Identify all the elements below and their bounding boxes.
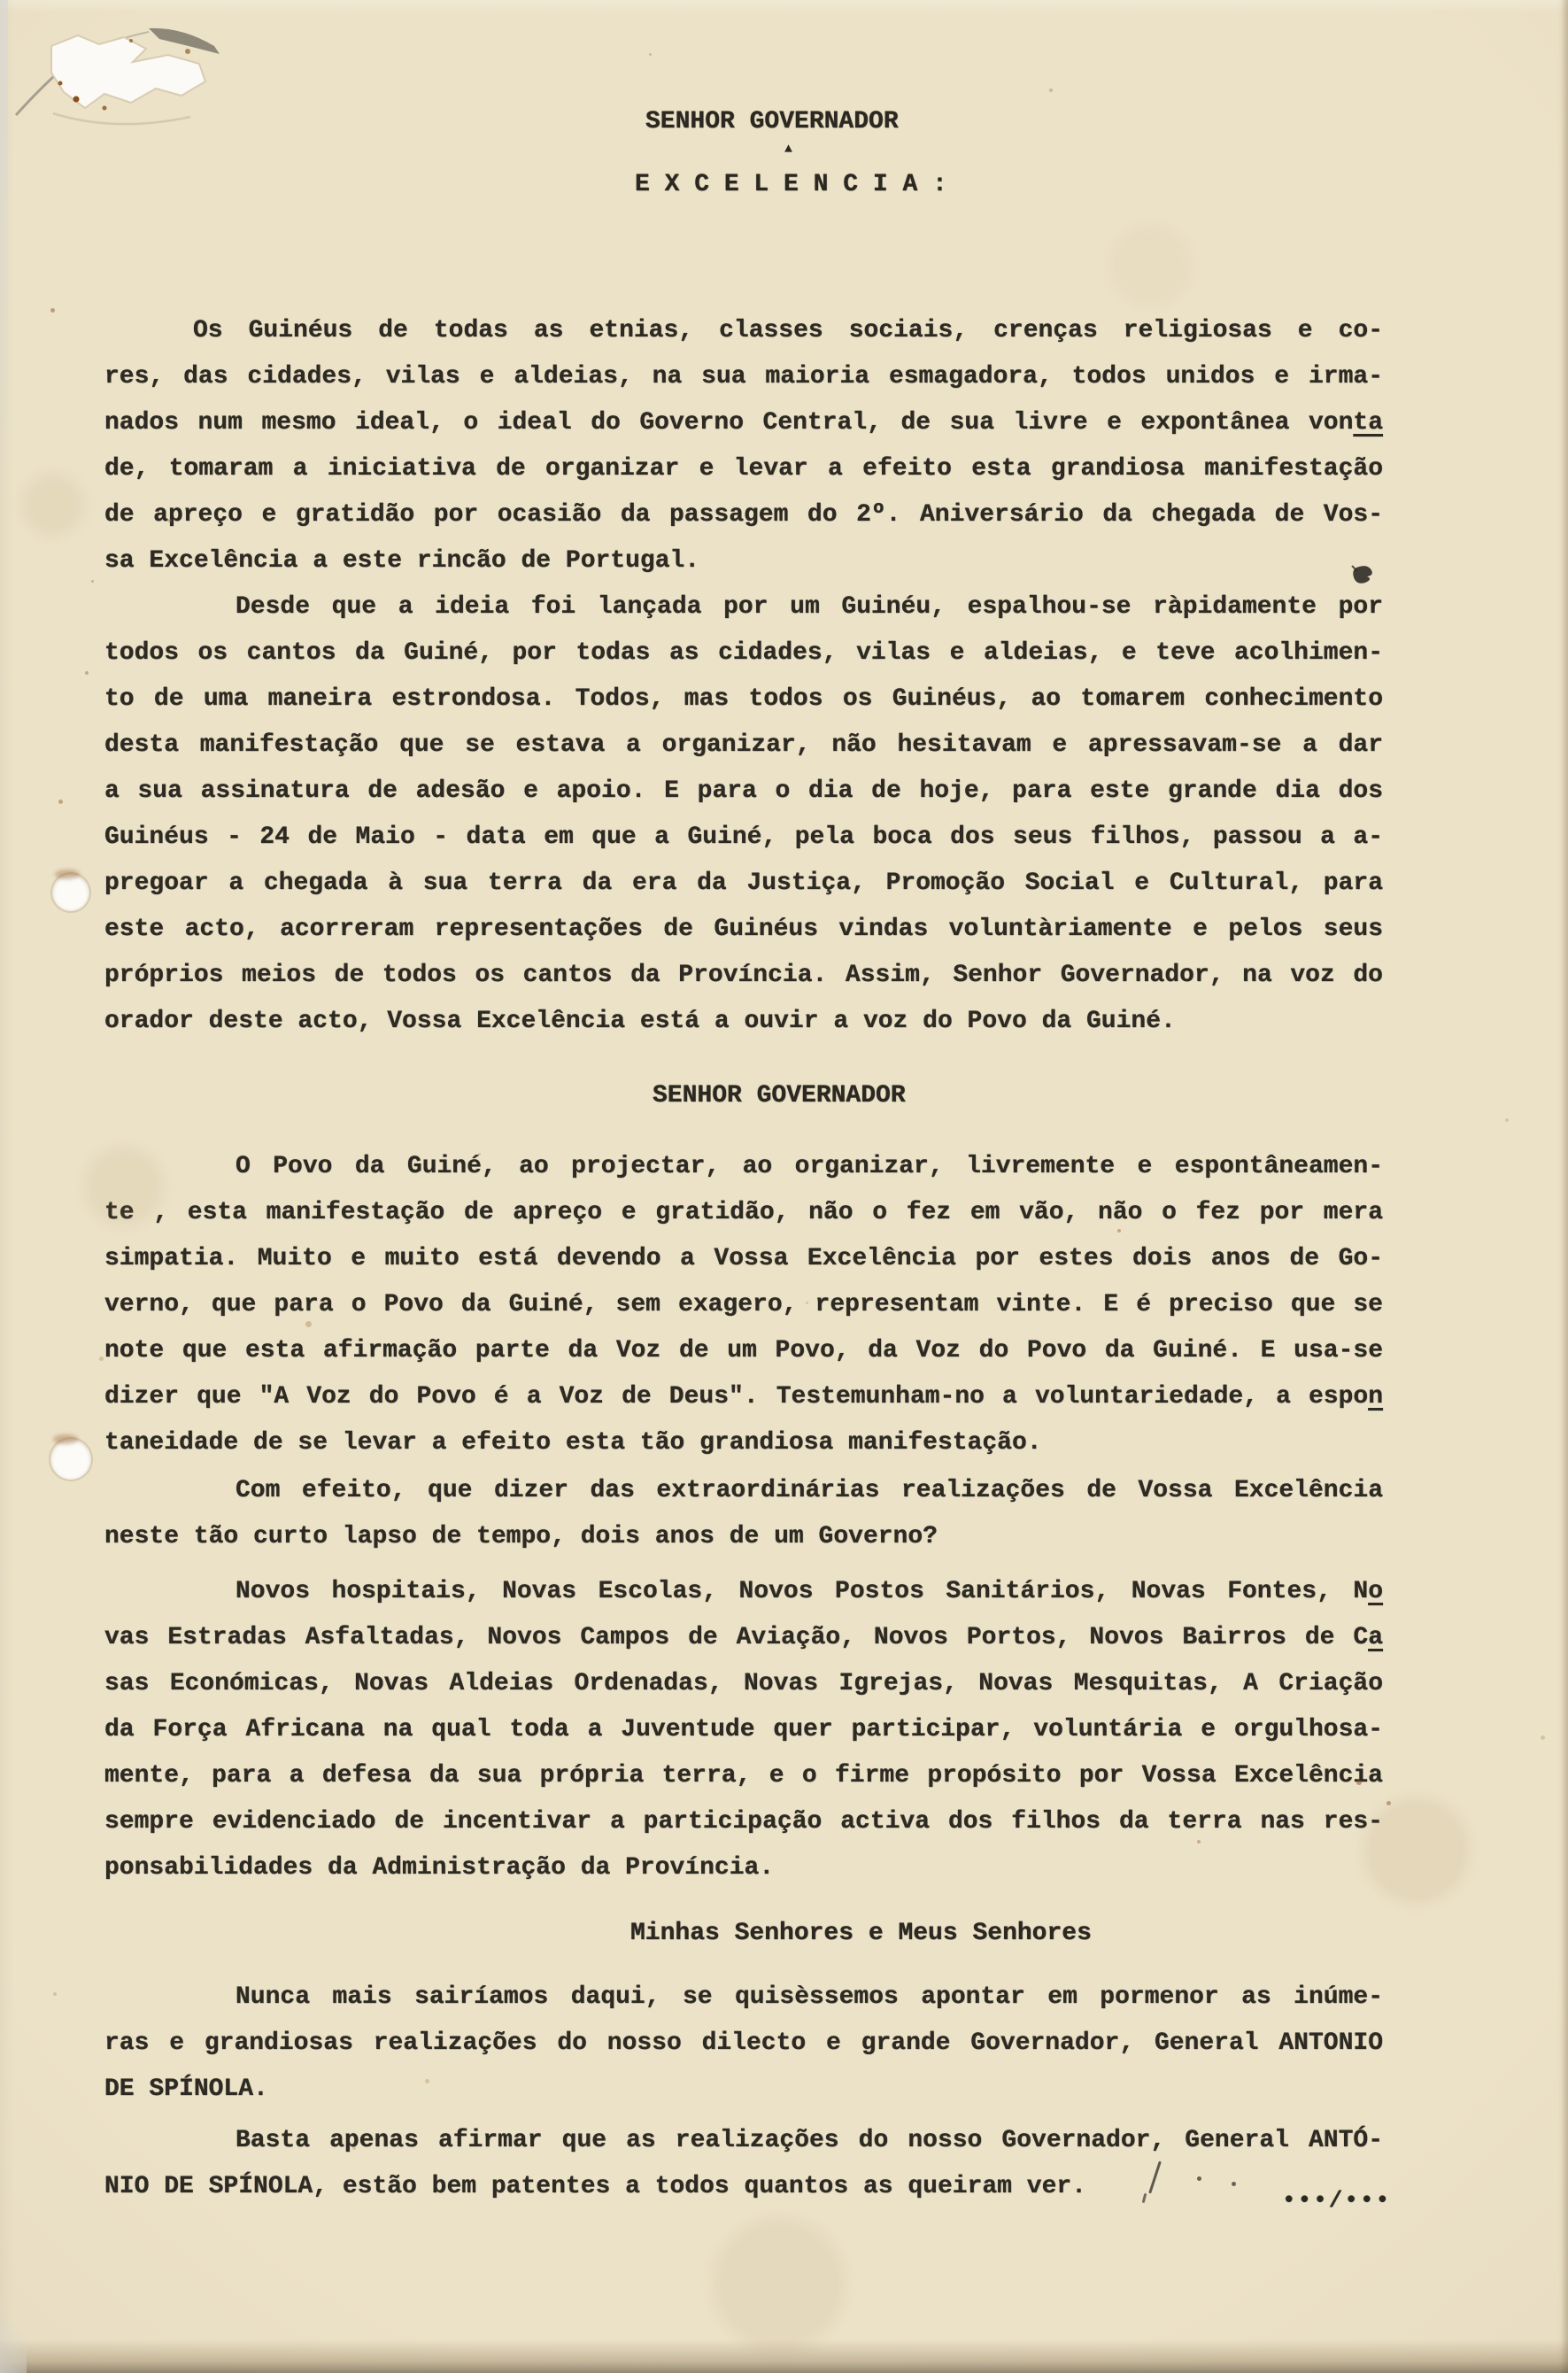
text-line: mente, para a defesa da sua própria terr… bbox=[104, 1753, 1383, 1799]
document-page: SENHOR GOVERNADOR ▲ E X C E L E N C I A … bbox=[0, 0, 1568, 2373]
stain-speck bbox=[649, 53, 652, 56]
text-line: Basta apenas afirmar que as realizações … bbox=[104, 2118, 1383, 2164]
text-line: NIO DE SPÍNOLA, estão bem patentes a tod… bbox=[104, 2164, 1383, 2210]
text-line: da Força Africana na qual toda a Juventu… bbox=[104, 1707, 1383, 1753]
stain-blotch bbox=[1363, 1797, 1470, 1904]
text-line: este acto, acorreram representações de G… bbox=[104, 907, 1383, 953]
text-line: de apreço e gratidão por ocasião da pass… bbox=[104, 492, 1383, 538]
paper-corner-bottom-left bbox=[0, 2302, 27, 2373]
stain-blotch bbox=[84, 1147, 164, 1226]
stain-speck bbox=[58, 800, 63, 804]
text-line: pregoar a chegada à sua terra da era da … bbox=[104, 861, 1383, 907]
text-line: ponsabilidades da Administração da Proví… bbox=[104, 1845, 1383, 1891]
handwritten-dot-mark bbox=[1197, 2176, 1201, 2181]
text-line: ras e grandiosas realizações do nosso di… bbox=[104, 2021, 1383, 2067]
paragraph: Os Guinéus de todas as etnias, classes s… bbox=[104, 308, 1383, 584]
text-line: DE SPÍNOLA. bbox=[104, 2067, 1383, 2113]
text-line: sempre evidenciado de incentivar a parti… bbox=[104, 1799, 1383, 1845]
paragraph: Novos hospitais, Novas Escolas, Novos Po… bbox=[104, 1569, 1383, 1891]
text-line: a sua assinatura de adesão e apoio. E pa… bbox=[104, 769, 1383, 815]
text-line: orador deste acto, Vossa Excelência está… bbox=[104, 999, 1383, 1045]
text-line: taneidade de se levar a efeito esta tão … bbox=[104, 1420, 1383, 1466]
text-line: res, das cidades, vilas e aldeias, na su… bbox=[104, 354, 1383, 400]
section-heading: SENHOR GOVERNADOR bbox=[653, 1073, 906, 1119]
text-line: Os Guinéus de todas as etnias, classes s… bbox=[104, 308, 1383, 354]
section-heading: Minhas Senhores e Meus Senhores bbox=[630, 1911, 1092, 1957]
stain-speck bbox=[806, 1302, 808, 1304]
text-line: simpatia. Muito e muito está devendo a V… bbox=[104, 1236, 1383, 1282]
stain-blotch bbox=[1111, 226, 1191, 305]
text-line: Com efeito, que dizer das extraordinária… bbox=[104, 1468, 1383, 1514]
paragraph: O Povo da Guiné, ao projectar, ao organi… bbox=[104, 1144, 1383, 1466]
text-line: de, tomaram a iniciativa de organizar e … bbox=[104, 446, 1383, 492]
stain-speck bbox=[1117, 1229, 1121, 1233]
text-line: verno, que para o Povo da Guiné, sem exa… bbox=[104, 1282, 1383, 1328]
stain-speck bbox=[99, 1357, 104, 1361]
text-line: neste tão curto lapso de tempo, dois ano… bbox=[104, 1514, 1383, 1560]
salutation-line: E X C E L E N C I A : bbox=[635, 162, 947, 208]
stain-speck bbox=[1541, 1735, 1545, 1740]
paragraph: Basta apenas afirmar que as realizações … bbox=[104, 2118, 1383, 2210]
paragraph: Com efeito, que dizer das extraordinária… bbox=[104, 1468, 1383, 1560]
text-line: Desde que a ideia foi lançada por um Gui… bbox=[104, 584, 1383, 630]
text-line: O Povo da Guiné, ao projectar, ao organi… bbox=[104, 1144, 1383, 1190]
stain-speck bbox=[50, 308, 55, 313]
paragraph: Desde que a ideia foi lançada por um Gui… bbox=[104, 584, 1383, 1045]
text-line: todos os cantos da Guiné, por todas as c… bbox=[104, 630, 1383, 676]
text-line: próprios meios de todos os cantos da Pro… bbox=[104, 953, 1383, 999]
text-line: dizer que "A Voz do Povo é a Voz de Deus… bbox=[104, 1374, 1383, 1420]
stain-speck bbox=[305, 1321, 312, 1327]
text-line: Nunca mais sairíamos daqui, se quisèssem… bbox=[104, 1975, 1383, 2021]
ink-blot-mark bbox=[1349, 563, 1376, 591]
stain-speck bbox=[85, 671, 89, 675]
stain-speck bbox=[1197, 1840, 1201, 1844]
handwritten-dot-mark bbox=[1232, 2182, 1236, 2186]
stain-blotch bbox=[22, 474, 84, 536]
text-line: note que esta afirmação parte da Voz de … bbox=[104, 1328, 1383, 1374]
punch-hole-bottom bbox=[50, 1439, 91, 1480]
stain-speck bbox=[1356, 1780, 1362, 1785]
document-title: SENHOR GOVERNADOR bbox=[645, 99, 899, 145]
stain-speck bbox=[168, 519, 172, 522]
text-line: sa Excelência a este rincão de Portugal. bbox=[104, 538, 1383, 584]
text-line: nados num mesmo ideal, o ideal do Govern… bbox=[104, 400, 1383, 446]
text-line: sas Económicas, Novas Aldeias Ordenadas,… bbox=[104, 1661, 1383, 1707]
text-line: te , esta manifestação de apreço e grati… bbox=[104, 1190, 1383, 1236]
text-line: to de uma maneira estrondosa. Todos, mas… bbox=[104, 676, 1383, 723]
stain-blotch bbox=[713, 2218, 846, 2351]
typed-circumflex-mark: ▲ bbox=[784, 142, 792, 157]
stain-speck bbox=[478, 1153, 481, 1156]
torn-corner-artifact bbox=[0, 0, 301, 177]
text-line: Guinéus - 24 de Maio - data em que a Gui… bbox=[104, 815, 1383, 861]
continuation-mark: •••/••• bbox=[1282, 2187, 1391, 2214]
stain-speck bbox=[1505, 1118, 1509, 1122]
stain-speck bbox=[91, 580, 94, 583]
text-line: desta manifestação que se estava a organ… bbox=[104, 723, 1383, 769]
paragraph: Nunca mais sairíamos daqui, se quisèssem… bbox=[104, 1975, 1383, 2113]
stain-speck bbox=[53, 1992, 57, 1996]
stain-speck bbox=[425, 2079, 429, 2083]
text-line: Novos hospitais, Novas Escolas, Novos Po… bbox=[104, 1569, 1383, 1615]
text-line: vas Estradas Asfaltadas, Novos Campos de… bbox=[104, 1615, 1383, 1661]
punch-hole-top bbox=[52, 874, 89, 911]
stain-speck bbox=[1049, 89, 1053, 92]
paper-edge-right bbox=[1561, 0, 1568, 2373]
stain-speck bbox=[352, 2146, 356, 2150]
